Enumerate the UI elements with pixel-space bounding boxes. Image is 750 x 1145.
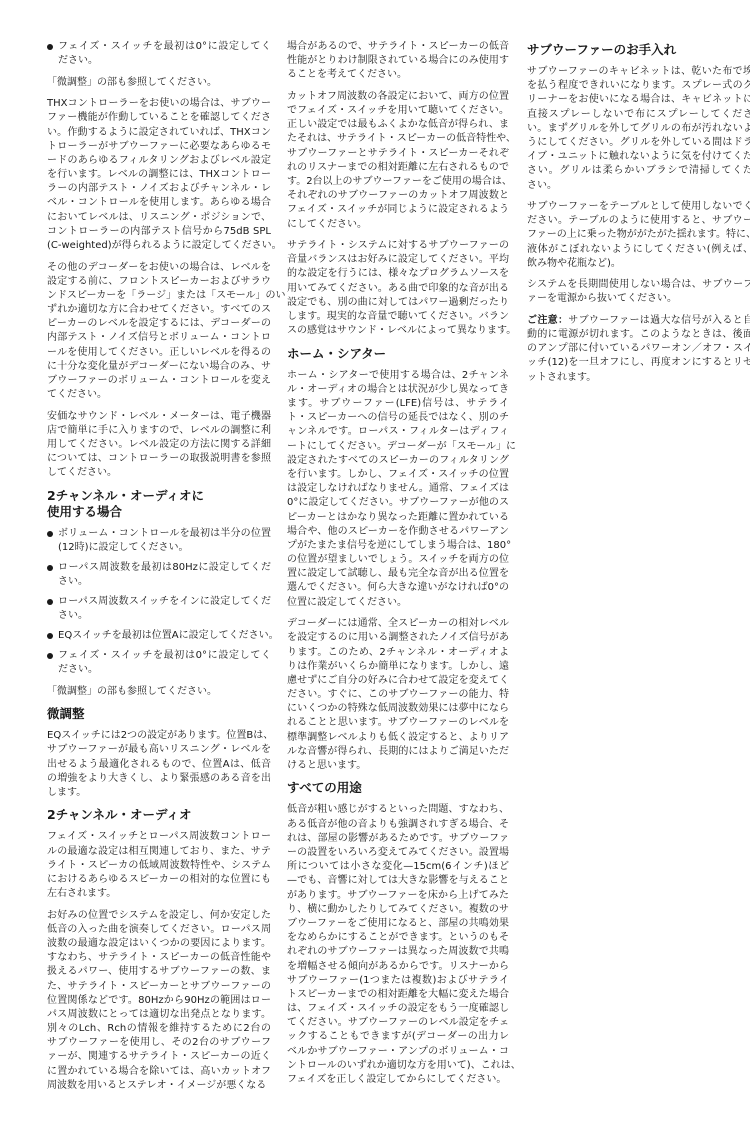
cabinet-cleaning-paragraph: サブウーファーのキャビネットは、乾いた布で埃を払う程度できれいになります。スプレ… — [527, 65, 750, 193]
text-line: に十分な変化量がデコーダーにない場合のみ、サ — [47, 360, 271, 374]
text-line: ルな音響が得られ、長期的にはよりご満足いただ — [287, 745, 509, 759]
text-line: れのリスナーまでの相対距離に左右されるもので — [287, 161, 509, 175]
text-line: さい。 — [58, 609, 271, 623]
text-line: ださい。 — [58, 54, 271, 68]
home-theater-paragraph: ホーム・シアターで使用する場合は、2チャンネル・オーディオの場合とは状況が少し異… — [287, 369, 509, 610]
text-line: 店で簡単に手に入りますので、レベルの調整に利 — [47, 424, 271, 438]
left-column: フェイズ・スイッチを最初は0°に設定してください。 「微調整」の部も参照してくだ… — [47, 40, 271, 1100]
text-line: 安価なサウンド・レベル・メーターは、電子機器 — [47, 410, 271, 424]
text-line: は、フェイズ・スイッチの設定をもう一度確認し — [287, 1002, 509, 1016]
text-line: プがたまたま信号を逆にしてしまう場合は、180° — [287, 539, 509, 553]
text-line: けると思います。 — [287, 759, 509, 773]
text-line: 液体がこぼれないようにしてください(例えば、 — [527, 243, 750, 257]
text-line: フェイズ・スイッチとローパス周波数コントロー — [47, 830, 271, 844]
text-line: 慮せずにご自分の好みに合わせて設定を変えてく — [287, 674, 509, 688]
text-line: ローパス周波数を最初は80Hzに設定してくだ — [58, 561, 271, 575]
text-line: れぞれのサブウーファーは異なった周波数で共鳴 — [287, 945, 509, 959]
cutoff-phase-paragraph: カットオフ周波数の各設定において、両方の位置でフェイズ・スイッチを用いて聴いてく… — [287, 90, 509, 232]
text-line: 場合があるので、サテライト・スピーカーの低音 — [287, 40, 509, 54]
text-line: 低音の入った曲を演奏してください。ローパス周 — [47, 923, 271, 937]
text-line: 所については小さな変化—15cm(6インチ)ほど — [287, 860, 509, 874]
text-line: ルの最適な設定は相互関連しており、また、サテ — [47, 845, 271, 859]
text-line: ードのあらゆるフィルタリングおよびレベル設定 — [47, 154, 271, 168]
text-line: 飲み物や花瓶など)。 — [527, 257, 750, 271]
text-line: お好みの位置でシステムを設定し、何か安定した — [47, 909, 271, 923]
bullet-item: フェイズ・スイッチを最初は0°に設定してください。 — [47, 649, 271, 677]
heading-2ch-audio-usage: 2チャンネル・オーディオに使用する場合 — [47, 488, 271, 520]
text-line: してください。 — [47, 466, 271, 480]
text-line: 設定されたすべてのスピーカーのフィルタリング — [287, 454, 509, 468]
text-line: い。作動するように設定されていれば、THXコン — [47, 126, 271, 140]
bullet-item: ローパス周波数を最初は80Hzに設定してください。 — [47, 561, 271, 589]
text-line: ることを考えてください。 — [287, 68, 509, 82]
text-line: てください。 — [47, 388, 271, 402]
text-line: THXコントローラーをお使いの場合は、サブウー — [47, 97, 271, 111]
text-line: パス周波数にとっては適切な出発点となります。 — [47, 1008, 271, 1022]
text-line: サブウーファーとサテライト・スピーカーそれぞ — [287, 147, 509, 161]
heading-fine-tuning: 微調整 — [47, 706, 271, 722]
bullet-list-initial-phase: フェイズ・スイッチを最初は0°に設定してください。 — [47, 40, 271, 68]
text-line: ファーの上に乗った物ががたがた揺れます。特に、 — [527, 228, 750, 242]
text-line: 左右されます。 — [47, 887, 271, 901]
text-line: 別々のLch、Rchの情報を維持するために2台の — [47, 1022, 271, 1036]
text-line: ャンネルです。ローパス・フィルターはディフィ — [287, 425, 509, 439]
bullet-icon — [47, 653, 53, 659]
text-line: イブ・ユニットに触れないように気を付けてくだ — [527, 150, 750, 164]
bullet-item: EQスイッチを最初は位置Aに設定してください。 — [47, 629, 271, 643]
bullet-text: ローパス周波数スイッチをインに設定してください。 — [58, 595, 271, 623]
text-line: ださい。テーブルのように使用すると、サブウー — [527, 214, 750, 228]
text-line: —でも、音響に対しては大きな影響を与えること — [287, 874, 509, 888]
text-line: にしてください。 — [287, 218, 509, 232]
text-line: をなめらかにすることができます。というのもそ — [287, 931, 509, 945]
thx-controller-paragraph: THXコントローラーをお使いの場合は、サブウーファー機能が作動していることを確認… — [47, 97, 271, 253]
text-line: フェイズ・スイッチを最初は0°に設定してく — [58, 40, 271, 54]
text-line: すべての用途 — [287, 780, 509, 796]
text-line: は設定しなければなりません。通常、フェイズは — [287, 482, 509, 496]
text-line: でフェイズ・スイッチを用いて聴いてください。 — [287, 104, 509, 118]
text-line: ある低音が他の音よりも強調されすぎる場合、そ — [287, 818, 509, 832]
text-line: ベル・コントロールを使用します。あらゆる場合 — [47, 196, 271, 210]
text-line: さい。グリルは柔らかいブラシで清掃してくだ — [527, 164, 750, 178]
text-line: におけるあらゆるスピーカーの相対的な位置にも — [47, 873, 271, 887]
caution-paragraph: ご注意：サブウーファーは過大な信号が入ると自 動的に電源が切れます。このようなと… — [527, 314, 750, 385]
text-line: ホーム・シアター — [287, 346, 509, 362]
text-line: ル・オーディオの場合とは状況が少し異なってき — [287, 383, 509, 397]
text-line: サブウーファーのお手入れ — [527, 42, 750, 58]
text-line: 的な設定を行うには、様々なプログラムソースを — [287, 267, 509, 281]
see-fine-tuning-note: 「微調整」の部も参照してください。 — [47, 76, 271, 90]
text-line: ピーカーとはかなり異なった距離に置かれている — [287, 511, 509, 525]
heading-all-applications: すべての用途 — [287, 780, 509, 796]
text-line: ト・スピーカーへの信号の延長ではなく、別のチ — [287, 411, 509, 425]
text-line: します。現実的な音量で聴いてください。バラン — [287, 310, 509, 324]
other-decoders-paragraph: その他のデコーダーをお使いの場合は、レベルを設定する前に、フロントスピーカーおよ… — [47, 261, 271, 403]
text-line: ださい。 — [58, 663, 271, 677]
text-line: します。 — [47, 786, 271, 800]
text-line: さい。 — [527, 179, 750, 193]
text-line: た、サテライト・スピーカーとサブウーファーの — [47, 980, 271, 994]
text-line: のアンプ部に付いているパワーオン／オフ・スイ — [527, 342, 750, 356]
text-line: 周波数を用いるとステレオ・イメージが悪くなる — [47, 1079, 271, 1093]
text-line: 音量バランスはお好みに設定してください。平均 — [287, 253, 509, 267]
continued-paragraph: 場合があるので、サテライト・スピーカーの低音性能がとりわけ制限されている場合にの… — [287, 40, 509, 83]
text-line: うにしてください。グリルを外している間はドラ — [527, 136, 750, 150]
text-line: ローパス周波数スイッチをインに設定してくだ — [58, 595, 271, 609]
text-line: 用いてみてください。ある曲で印象的な音が出る — [287, 282, 509, 296]
caution-label: ご注意： — [527, 315, 568, 326]
bullet-icon — [47, 565, 53, 571]
bullet-text: ローパス周波数を最初は80Hzに設定してください。 — [58, 561, 271, 589]
text-line: てください。サブウーファーのレベル設定をチェ — [287, 1016, 509, 1030]
text-line: 直接スプレーしないで布にスプレーしてくださ — [527, 108, 750, 122]
text-line: ンドスピーカーを「ラージ」または「スモール」のい — [47, 289, 271, 303]
text-line: ファー機能が作動していることを確認してくださ — [47, 111, 271, 125]
text-line: トスピーカーまでの相対距離を大幅に変えた場合 — [287, 988, 509, 1002]
text-line: 標準調整レベルよりも低く設定すると、よりリア — [287, 731, 509, 745]
text-line: サブウーファーを使用し、その2台のサブウーフ — [47, 1036, 271, 1050]
text-line: ます。サブウーファー(LFE)信号は、サテライ — [287, 397, 509, 411]
text-line: 選んでください。何ら大きな違いがなければ0°の — [287, 581, 509, 595]
bullet-icon — [47, 44, 53, 50]
text-line: においてレベルは、リスニング・ポジションで、 — [47, 211, 271, 225]
text-line: サブウーファーのキャビネットは、乾いた布で埃 — [527, 65, 750, 79]
text-line: ずれか適切な方に合わせてください。すべてのス — [47, 303, 271, 317]
text-line: さい。 — [58, 575, 271, 589]
bullet-list-2ch-settings: ボリューム・コントロールを最初は半分の位置(12時)に設定してください。 ローパ… — [47, 527, 271, 677]
text-line: 動的に電源が切れます。このようなときは、後面 — [527, 328, 750, 342]
text-line: す。2台以上のサブウーファーをご使用の場合は、 — [287, 175, 509, 189]
text-line: ります。このため、2チャンネル・オーディオよ — [287, 646, 509, 660]
text-line: 扱えるパワー、使用するサブウーファーの数、ま — [47, 965, 271, 979]
eq-switch-paragraph: EQスイッチには2つの設定があります。位置Bは、サブウーファーが最も高いリスニン… — [47, 729, 271, 800]
long-term-storage-paragraph: システムを長期間使用しない場合は、サブウーファーを電源から抜いてください。 — [527, 278, 750, 306]
text-line: 位置関係などです。80Hzから90Hzの範囲はロー — [47, 994, 271, 1008]
text-line: 低音が粗い感じがするといった問題、すなわち、 — [287, 803, 509, 817]
middle-column: 場合があるので、サテライト・スピーカーの低音性能がとりわけ制限されている場合にの… — [287, 40, 509, 1095]
text-line: 「微調整」の部も参照してください。 — [47, 685, 271, 699]
bullet-item: ローパス周波数スイッチをインに設定してください。 — [47, 595, 271, 623]
placement-paragraph: お好みの位置でシステムを設定し、何か安定した低音の入った曲を演奏してください。ロ… — [47, 909, 271, 1093]
text-line: サブウーファーをテーブルとして使用しないでく — [527, 200, 750, 214]
room-effects-paragraph: 低音が粗い感じがするといった問題、すなわち、ある低音が他の音よりも強調されすぎる… — [287, 803, 509, 1087]
text-line: ブウーファーのボリューム・コントロールを変え — [47, 374, 271, 388]
text-line: れは、部屋の影響があるためです。サブウーファ — [287, 832, 509, 846]
text-line: があります。サブウーファーを床から上げてみた — [287, 889, 509, 903]
text-line: ブウーファーをご使用になると、部屋の共鳴効果 — [287, 917, 509, 931]
text-line: 場合や、他のスピーカーを作動させるパワーアン — [287, 525, 509, 539]
text-line: 使用する場合 — [47, 504, 271, 520]
text-line: を増幅させる傾向があるからです。リスナーから — [287, 960, 509, 974]
text-line: サテライト・システムに対するサブウーファーの — [287, 239, 509, 253]
text-line: サブウーファーが最も高いリスニング・レベルを — [47, 743, 271, 757]
text-line: ホーム・シアターで使用する場合は、2チャンネ — [287, 369, 509, 383]
heading-subwoofer-care: サブウーファーのお手入れ — [527, 42, 750, 58]
text-line: ライト・スピーカの低域周波数特性や、システム — [47, 859, 271, 873]
text-line: の増強をより大きくし、より緊張感のある音を出 — [47, 772, 271, 786]
text-line: ートにしてください。デコーダーが「スモール」に — [287, 440, 509, 454]
heading-home-theater: ホーム・シアター — [287, 346, 509, 362]
text-line: い。まずグリルを外してグリルの布が汚れないよ — [527, 122, 750, 136]
text-line: を払う程度できれいになります。スプレー式のク — [527, 79, 750, 93]
text-line: すなわち、サテライト・スピーカーの低音性能や — [47, 951, 271, 965]
right-column: サブウーファーのお手入れ サブウーファーのキャビネットは、乾いた布で埃を払う程度… — [527, 42, 750, 392]
text-line: EQスイッチを最初は位置Aに設定してください。 — [58, 629, 271, 643]
text-line: ーの設置をいろいろ変えてみてください。設置場 — [287, 846, 509, 860]
text-line: コントローラーの内部テスト信号から75dB SPL — [47, 225, 271, 239]
bullet-icon — [47, 531, 53, 537]
text-line: ピーカーのレベルを設定するには、デコーダーの — [47, 317, 271, 331]
bullet-item: フェイズ・スイッチを最初は0°に設定してください。 — [47, 40, 271, 68]
text-line: を行います。しかし、フェイズ・スイッチの位置 — [287, 468, 509, 482]
text-line: の位置が望ましいでしょう。スイッチを両方の位 — [287, 553, 509, 567]
text-line: 置に設定して試聴し、最も完全な音が出る位置を — [287, 567, 509, 581]
text-line: ールを使用してください。正しいレベルを得るの — [47, 346, 271, 360]
not-a-table-paragraph: サブウーファーをテーブルとして使用しないでください。テーブルのように使用すると、… — [527, 200, 750, 271]
text-line: 設定でも、別の曲に対してはパワー過剰だったり — [287, 296, 509, 310]
text-line: を設定するのに用いる調整されたノイズ信号があ — [287, 631, 509, 645]
bullet-icon — [47, 599, 53, 605]
text-line: ご注意：サブウーファーは過大な信号が入ると自 — [527, 314, 750, 328]
text-line: 2チャンネル・オーディオに — [47, 488, 271, 504]
text-line: ァーを電源から抜いてください。 — [527, 292, 750, 306]
text-line: デコーダーには通常、全スピーカーの相対レベル — [287, 617, 509, 631]
text-line: スの感覚はサウンド・レベルによって異なります。 — [287, 324, 509, 338]
text-line: 正しい設定では最もふくよかな低音が得られ、ま — [287, 118, 509, 132]
text-line: ラーの内部テスト・ノイズおよびチャンネル・レ — [47, 182, 271, 196]
bullet-text: フェイズ・スイッチを最初は0°に設定してください。 — [58, 649, 271, 677]
text-line: フェイズ・スイッチが同じように設定されるよう — [287, 203, 509, 217]
text-line: 0°に設定してください。サブウーファーが他のス — [287, 496, 509, 510]
text-line: トローラーがサブウーファーに必要なあらゆるモ — [47, 140, 271, 154]
phase-lowpass-paragraph: フェイズ・スイッチとローパス周波数コントロールの最適な設定は相互関連しており、ま… — [47, 830, 271, 901]
text-line: ットされます。 — [527, 371, 750, 385]
text-line: システムを長期間使用しない場合は、サブウーフ — [527, 278, 750, 292]
text-line: 「微調整」の部も参照してください。 — [47, 76, 271, 90]
caution-first-line: サブウーファーは過大な信号が入ると自 — [568, 315, 750, 326]
text-line: 波数の最適な設定はいくつかの要因によります。 — [47, 937, 271, 951]
text-line: それぞれのサブウーファーのカットオフ周波数と — [287, 189, 509, 203]
text-line: 性能がとりわけ制限されている場合にのみ使用す — [287, 54, 509, 68]
text-line: (12時)に設定してください。 — [58, 541, 271, 555]
bullet-text: EQスイッチを最初は位置Aに設定してください。 — [58, 629, 271, 643]
text-line: ださい。すぐに、このサブウーファーの能力、特 — [287, 688, 509, 702]
text-line: たそれは、サテライト・スピーカーの低音特性や、 — [287, 132, 509, 146]
text-line: 内部テスト・ノイズ信号とボリューム・コントロ — [47, 331, 271, 345]
text-line: ックすることもできますが(デコーダーの出力レ — [287, 1030, 509, 1044]
text-line: ントロールのいずれか適切な方を用いて)、これは、 — [287, 1059, 509, 1073]
text-line: ァーが、関連するサテライト・スピーカーの近く — [47, 1050, 271, 1064]
text-line: リーナーをお使いになる場合は、キャビネットに — [527, 93, 750, 107]
text-line: れることと思います。サブウーファーのレベルを — [287, 716, 509, 730]
text-line: フェイズ・スイッチを最初は0°に設定してく — [58, 649, 271, 663]
text-line: 微調整 — [47, 706, 271, 722]
text-line: サブウーファー(1つまたは複数)およびサテライ — [287, 974, 509, 988]
text-line: にいくつかの特殊な低周波数効果には夢中になら — [287, 702, 509, 716]
text-line: カットオフ周波数の各設定において、両方の位置 — [287, 90, 509, 104]
see-fine-tuning-note: 「微調整」の部も参照してください。 — [47, 685, 271, 699]
text-line: (C-weighted)が得られるように設定してください。 — [47, 239, 271, 253]
text-line: を行います。レベルの調整には、THXコントロー — [47, 168, 271, 182]
bullet-icon — [47, 633, 53, 639]
heading-2ch-audio: 2チャンネル・オーディオ — [47, 807, 271, 823]
text-line: に置かれている場合を除いては、高いカットオフ — [47, 1065, 271, 1079]
text-line: その他のデコーダーをお使いの場合は、レベルを — [47, 261, 271, 275]
decoder-noise-paragraph: デコーダーには通常、全スピーカーの相対レベルを設定するのに用いる調整されたノイズ… — [287, 617, 509, 773]
text-line: ベルかサブウーファー・アンプのボリューム・コ — [287, 1045, 509, 1059]
text-line: 設定する前に、フロントスピーカーおよびサラウ — [47, 275, 271, 289]
text-line: 位置に設定してください。 — [287, 596, 509, 610]
text-line: りは作業がいくらか簡単になります。しかし、遠 — [287, 660, 509, 674]
text-line: EQスイッチには2つの設定があります。位置Bは、 — [47, 729, 271, 743]
text-line: ッチ(12)を一旦オフにし、再度オンにするとリセ — [527, 356, 750, 370]
text-line: については、コントローラーの取扱説明書を参照 — [47, 452, 271, 466]
text-line: ボリューム・コントロールを最初は半分の位置 — [58, 527, 271, 541]
bullet-text: ボリューム・コントロールを最初は半分の位置(12時)に設定してください。 — [58, 527, 271, 555]
text-line: 出せるよう最適化されるもので、位置Aは、低音 — [47, 758, 271, 772]
volume-balance-paragraph: サテライト・システムに対するサブウーファーの音量バランスはお好みに設定してくださ… — [287, 239, 509, 338]
sound-level-meter-paragraph: 安価なサウンド・レベル・メーターは、電子機器店で簡単に手に入りますので、レベルの… — [47, 410, 271, 481]
bullet-item: ボリューム・コントロールを最初は半分の位置(12時)に設定してください。 — [47, 527, 271, 555]
text-line: 2チャンネル・オーディオ — [47, 807, 271, 823]
bullet-text: フェイズ・スイッチを最初は0°に設定してください。 — [58, 40, 271, 68]
caution-body: 動的に電源が切れます。このようなときは、後面のアンプ部に付いているパワーオン／オ… — [527, 328, 750, 385]
text-line: り、横に動かしたりしてみてください。複数のサ — [287, 903, 509, 917]
text-line: 用してください。レベル設定の方法に関する詳細 — [47, 438, 271, 452]
text-line: フェイズを正しく設定してからにしてください。 — [287, 1073, 509, 1087]
